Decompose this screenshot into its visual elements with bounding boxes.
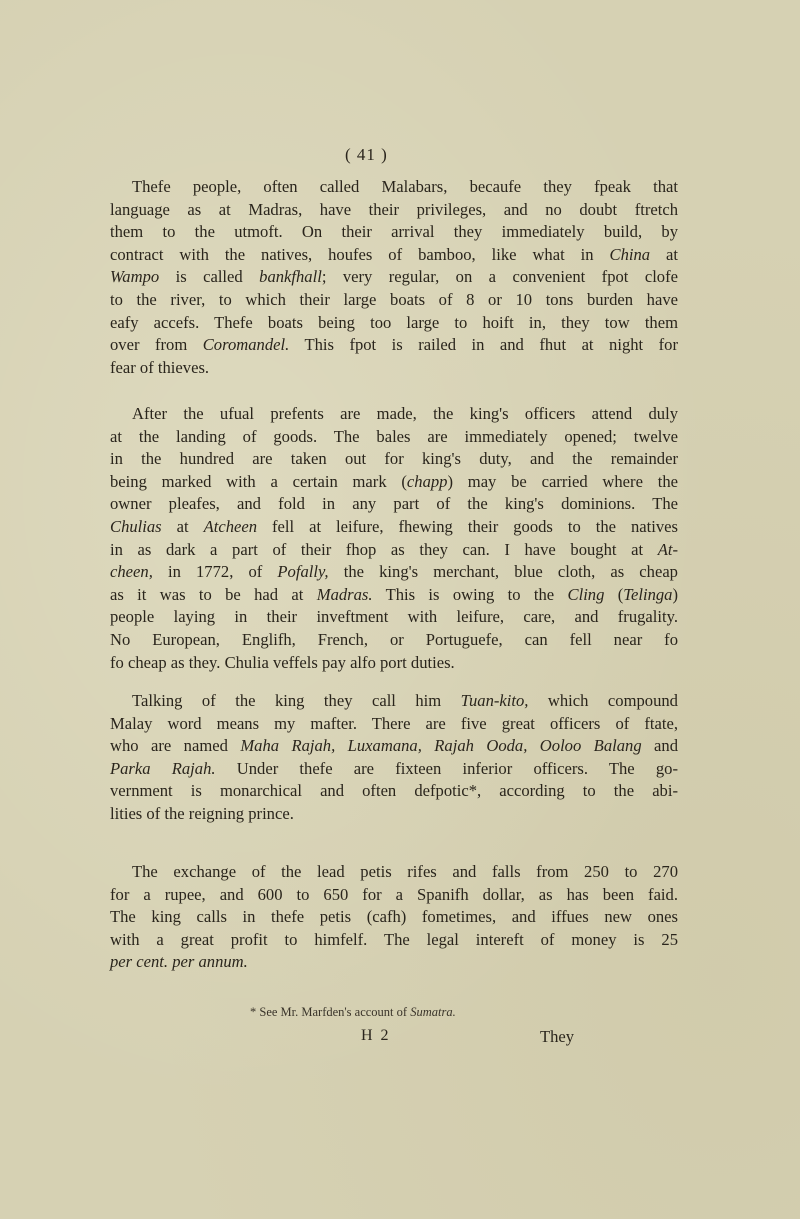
text-line: Chulias at Atcheen fell at leifure, fhew… bbox=[110, 516, 678, 539]
text-line: them to the utmoft. On their arrival the… bbox=[110, 221, 678, 244]
book-page: ( 41 ) Thefe people, often called Malaba… bbox=[0, 0, 800, 1219]
text-line: vernment is monarchical and often defpot… bbox=[110, 780, 678, 803]
paragraph-3: Talking of the king they call him Tuan-k… bbox=[110, 690, 678, 826]
text-line: people laying in their inveftment with l… bbox=[110, 606, 678, 629]
text-line: owner pleafes, and fold in any part of t… bbox=[110, 493, 678, 516]
text-line: being marked with a certain mark (chapp)… bbox=[110, 471, 678, 494]
text-line: with a great profit to himfelf. The lega… bbox=[110, 929, 678, 952]
text-line: Wampo is called bankfhall; very regular,… bbox=[110, 266, 678, 289]
text-line: Parka Rajah. Under thefe are fixteen inf… bbox=[110, 758, 678, 781]
text-line: eafy accefs. Thefe boats being too large… bbox=[110, 312, 678, 335]
text-line: who are named Maha Rajah, Luxamana, Raja… bbox=[110, 735, 678, 758]
paragraph-2: After the ufual prefents are made, the k… bbox=[110, 403, 678, 674]
text-line: at the landing of goods. The bales are i… bbox=[110, 426, 678, 449]
signature-mark: H 2 bbox=[361, 1027, 391, 1045]
text-line: fo cheap as they. Chulia veffels pay alf… bbox=[110, 652, 678, 675]
text-line: Malay word means my mafter. There are fi… bbox=[110, 713, 678, 736]
text-line: in the hundred are taken out for king's … bbox=[110, 448, 678, 471]
text-line: over from Coromandel. This fpot is raile… bbox=[110, 334, 678, 357]
text-line: per cent. per annum. bbox=[110, 951, 678, 974]
text-line: contract with the natives, houfes of bam… bbox=[110, 244, 678, 267]
text-line: cheen, in 1772, of Pofally, the king's m… bbox=[110, 561, 678, 584]
text-line: No European, Englifh, French, or Portugu… bbox=[110, 629, 678, 652]
text-line: Thefe people, often called Malabars, bec… bbox=[110, 176, 678, 199]
text-line: lities of the reigning prince. bbox=[110, 803, 678, 826]
text-line: in as dark a part of their fhop as they … bbox=[110, 539, 678, 562]
text-line: The exchange of the lead petis rifes and… bbox=[110, 861, 678, 884]
text-line: as it was to be had at Madras. This is o… bbox=[110, 584, 678, 607]
footnote: * See Mr. Marfden's account of Sumatra. bbox=[250, 1005, 456, 1020]
text-line: The king calls in thefe petis (cafh) fom… bbox=[110, 906, 678, 929]
text-line: language as at Madras, have their privil… bbox=[110, 199, 678, 222]
text-line: After the ufual prefents are made, the k… bbox=[110, 403, 678, 426]
text-line: for a rupee, and 600 to 650 for a Spanif… bbox=[110, 884, 678, 907]
catchword: They bbox=[540, 1027, 574, 1047]
paragraph-4: The exchange of the lead petis rifes and… bbox=[110, 861, 678, 974]
text-line: to the river, to which their large boats… bbox=[110, 289, 678, 312]
paragraph-1: Thefe people, often called Malabars, bec… bbox=[110, 176, 678, 379]
page-number-header: ( 41 ) bbox=[345, 145, 388, 165]
text-line: Talking of the king they call him Tuan-k… bbox=[110, 690, 678, 713]
text-line: fear of thieves. bbox=[110, 357, 678, 380]
